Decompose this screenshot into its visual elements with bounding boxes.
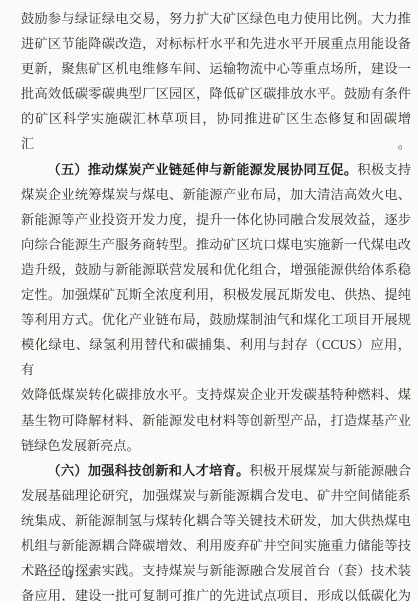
- text-line: 进矿区节能降碳改造，对标标杆水平和先进水平开展重点用能设备: [21, 31, 411, 56]
- text-segment: 定性。加强煤矿瓦斯全浓度利用，积极发展瓦斯发电、供热、提纯: [21, 287, 411, 302]
- text-segment: 发展基础理论研究，加强煤炭与新能源耦合发电、矿井空间储能系: [21, 488, 411, 503]
- text-segment: 新能源等产业投资开发力度，提升一体化协同融合发展效益，逐步: [21, 212, 411, 227]
- text-line: 鼓励参与绿证绿电交易，努力扩大矿区绿色电力使用比例。大力推: [21, 6, 411, 31]
- text-segment: 效降低煤炭转化碳排放水平。支持煤炭企业开发碳基特种燃料、煤: [21, 387, 411, 402]
- text-segment: 机组与新能源耦合降碳增效、利用废弃矿井空间实施重力储能等技: [21, 538, 411, 553]
- text-line: 统集成、新能源制氢与煤转化耦合等关键技术研发，加大供热煤电: [21, 508, 411, 533]
- document-page: 鼓励参与绿证绿电交易，努力扩大矿区绿色电力使用比例。大力推进矿区节能降碳改造，对…: [0, 0, 419, 601]
- text-segment: 向综合能源生产服务商转型。推动矿区坑口煤电实施新一代煤电改: [21, 237, 411, 252]
- text-segment: 模化绿电、绿氢利用替代和碳捕集、利用与封存（CCUS）应用，有: [21, 337, 411, 377]
- text-line: 更新，聚焦矿区机电维修车间、运输物流中心等重点场所，建设一: [21, 56, 411, 81]
- text-segment: 批高效低碳零碳典型厂区园区，降低矿区碳排放水平。鼓励有条件: [21, 86, 411, 101]
- text-segment: 备应用，建设一批可复制可推广的先进试点项目，形成以低碳化为: [21, 588, 411, 601]
- text-segment: 的矿区科学实施碳汇林草项目，协同推进矿区生态修复和固碳增汇。: [21, 111, 411, 151]
- text-line: 效降低煤炭转化碳排放水平。支持煤炭企业开发碳基特种燃料、煤: [21, 382, 411, 407]
- section-heading: （六）加强科技创新和人才培育。: [47, 463, 249, 478]
- text-line: 模化绿电、绿氢利用替代和碳捕集、利用与封存（CCUS）应用，有: [21, 332, 411, 382]
- text-segment: 等利用方式。优化产业链布局，鼓励煤制油气和煤化工项目开展规: [21, 312, 411, 327]
- text-line: 基生物可降解材料、新能源发电材料等创新型产品，打造煤基产业: [21, 408, 411, 433]
- text-line: 发展基础理论研究，加强煤炭与新能源耦合发电、矿井空间储能系: [21, 483, 411, 508]
- text-segment: 煤炭企业统筹煤炭与煤电、新能源产业布局，加大清洁高效火电、: [21, 187, 411, 202]
- text-line: 定性。加强煤矿瓦斯全浓度利用，积极发展瓦斯发电、供热、提纯: [21, 282, 411, 307]
- section-heading: （五）推动煤炭产业链延伸与新能源发展协同互促。: [47, 162, 357, 177]
- text-line: 新能源等产业投资开发力度，提升一体化协同融合发展效益，逐步: [21, 207, 411, 232]
- text-line: （五）推动煤炭产业链延伸与新能源发展协同互促。积极支持: [21, 157, 411, 182]
- text-line: 向综合能源生产服务商转型。推动矿区坑口煤电实施新一代煤电改: [21, 232, 411, 257]
- text-line: 等利用方式。优化产业链布局，鼓励煤制油气和煤化工项目开展规: [21, 307, 411, 332]
- text-segment: 统集成、新能源制氢与煤转化耦合等关键技术研发，加大供热煤电: [21, 513, 411, 528]
- text-line: 机组与新能源耦合降碳增效、利用废弃矿井空间实施重力储能等技: [21, 533, 411, 558]
- text-line: 煤炭企业统筹煤炭与煤电、新能源产业布局，加大清洁高效火电、: [21, 182, 411, 207]
- text-segment: 积极支持: [357, 162, 411, 177]
- text-segment: 链绿色发展新亮点。: [21, 438, 140, 453]
- page-number: — 4 —: [46, 566, 95, 584]
- text-line: 的矿区科学实施碳汇林草项目，协同推进矿区生态修复和固碳增汇。: [21, 106, 411, 156]
- text-segment: 更新，聚焦矿区机电维修车间、运输物流中心等重点场所，建设一: [21, 61, 411, 76]
- text-segment: 基生物可降解材料、新能源发电材料等创新型产品，打造煤基产业: [21, 413, 411, 428]
- text-segment: 积极开展煤炭与新能源融合: [250, 463, 411, 478]
- document-body: 鼓励参与绿证绿电交易，努力扩大矿区绿色电力使用比例。大力推进矿区节能降碳改造，对…: [21, 6, 411, 601]
- text-segment: 进矿区节能降碳改造，对标标杆水平和先进水平开展重点用能设备: [21, 36, 411, 51]
- text-line: 链绿色发展新亮点。: [21, 433, 411, 458]
- text-line: （六）加强科技创新和人才培育。积极开展煤炭与新能源融合: [21, 458, 411, 483]
- text-segment: 鼓励参与绿证绿电交易，努力扩大矿区绿色电力使用比例。大力推: [21, 11, 411, 26]
- text-line: 批高效低碳零碳典型厂区园区，降低矿区碳排放水平。鼓励有条件: [21, 81, 411, 106]
- text-segment: 造升级，鼓励与新能源联营发展和优化组合，增强能源供给体系稳: [21, 262, 411, 277]
- text-line: 造升级，鼓励与新能源联营发展和优化组合，增强能源供给体系稳: [21, 257, 411, 282]
- text-line: 备应用，建设一批可复制可推广的先进试点项目，形成以低碳化为: [21, 583, 411, 601]
